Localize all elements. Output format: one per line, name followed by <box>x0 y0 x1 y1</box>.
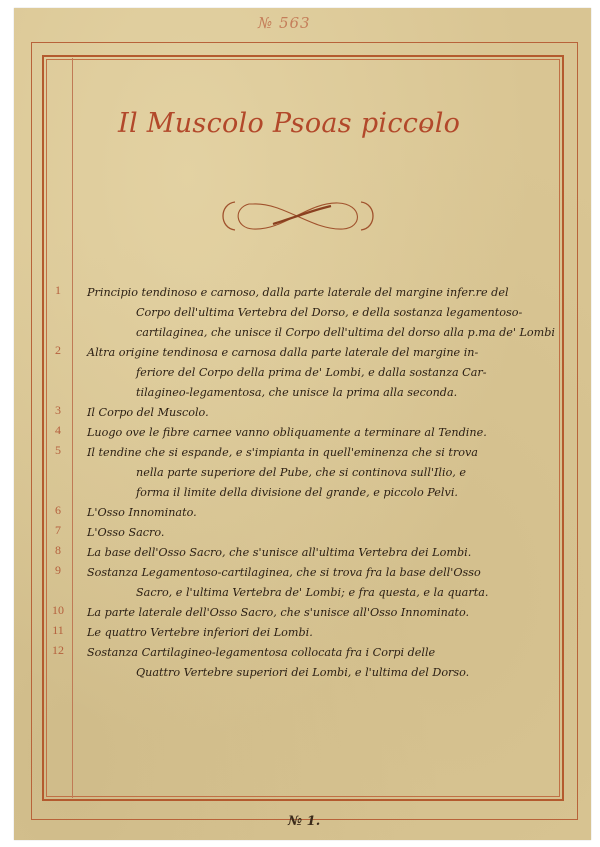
entry-text: Il Corpo del Muscolo. <box>44 403 554 423</box>
entry-number: 2 <box>44 343 72 358</box>
entry-text: cartilaginea, che unisce il Corpo dell'u… <box>44 323 554 343</box>
entry-number: 8 <box>44 543 72 558</box>
entry-text: Quattro Vertebre superiori dei Lombi, e … <box>44 663 554 683</box>
legend-entry-12: 12 Sostanza Cartilagineo-legamentosa col… <box>44 643 554 683</box>
calligraphic-flourish-icon <box>213 196 383 236</box>
entry-text: La base dell'Osso Sacro, che s'unisce al… <box>44 543 554 563</box>
entry-number: 6 <box>44 503 72 518</box>
legend-entry-2: 2 Altra origine tendinosa e carnosa dall… <box>44 343 554 403</box>
legend-entry-3: 3 Il Corpo del Muscolo. <box>44 403 554 423</box>
entry-number: 4 <box>44 423 72 438</box>
entry-text: tilagineo-legamentosa, che unisce la pri… <box>44 383 554 403</box>
entry-number: 7 <box>44 523 72 538</box>
title-flourish-tail: ~ <box>420 120 432 136</box>
entry-number: 10 <box>44 603 72 618</box>
entry-text: Corpo dell'ultima Vertebra del Dorso, e … <box>44 303 554 323</box>
entry-number: 3 <box>44 403 72 418</box>
entry-text: Sostanza Cartilagineo-legamentosa colloc… <box>44 643 554 663</box>
entry-number: 12 <box>44 643 72 658</box>
entry-text: Principio tendinoso e carnoso, dalla par… <box>44 283 554 303</box>
entry-text: Le quattro Vertebre inferiori dei Lombi. <box>44 623 554 643</box>
legend-entries: 1 Principio tendinoso e carnoso, dalla p… <box>44 283 554 683</box>
legend-entry-9: 9 Sostanza Legamentoso-cartilaginea, che… <box>44 563 554 603</box>
entry-text: nella parte superiore del Pube, che si c… <box>44 463 554 483</box>
entry-text: L'Osso Innominato. <box>44 503 554 523</box>
entry-text: L'Osso Sacro. <box>44 523 554 543</box>
legend-entry-7: 7 L'Osso Sacro. <box>44 523 554 543</box>
entry-number: 1 <box>44 283 72 298</box>
legend-entry-10: 10 La parte laterale dell'Osso Sacro, ch… <box>44 603 554 623</box>
entry-text: Il tendine che si espande, e s'impianta … <box>44 443 554 463</box>
entry-number: 9 <box>44 563 72 578</box>
entry-text: La parte laterale dell'Osso Sacro, che s… <box>44 603 554 623</box>
entry-text: Altra origine tendinosa e carnosa dalla … <box>44 343 554 363</box>
entry-text: feriore del Corpo della prima de' Lombi,… <box>44 363 554 383</box>
entry-number: 11 <box>44 623 72 638</box>
legend-entry-11: 11 Le quattro Vertebre inferiori dei Lom… <box>44 623 554 643</box>
page-title: Il Muscolo Psoas piccolo <box>118 108 460 139</box>
legend-entry-6: 6 L'Osso Innominato. <box>44 503 554 523</box>
legend-entry-8: 8 La base dell'Osso Sacro, che s'unisce … <box>44 543 554 563</box>
entry-number: 5 <box>44 443 72 458</box>
entry-text: Sacro, e l'ultima Vertebra de' Lombi; e … <box>44 583 554 603</box>
legend-entry-5: 5 Il tendine che si espande, e s'impiant… <box>44 443 554 503</box>
entry-text: Sostanza Legamentoso-cartilaginea, che s… <box>44 563 554 583</box>
page-number: № 1. <box>288 814 320 829</box>
catalog-number: № 563 <box>258 14 311 32</box>
legend-entry-1: 1 Principio tendinoso e carnoso, dalla p… <box>44 283 554 343</box>
entry-text: Luogo ove le fibre carnee vanno obliquam… <box>44 423 554 443</box>
legend-entry-4: 4 Luogo ove le fibre carnee vanno obliqu… <box>44 423 554 443</box>
entry-text: forma il limite della divisione del gran… <box>44 483 554 503</box>
